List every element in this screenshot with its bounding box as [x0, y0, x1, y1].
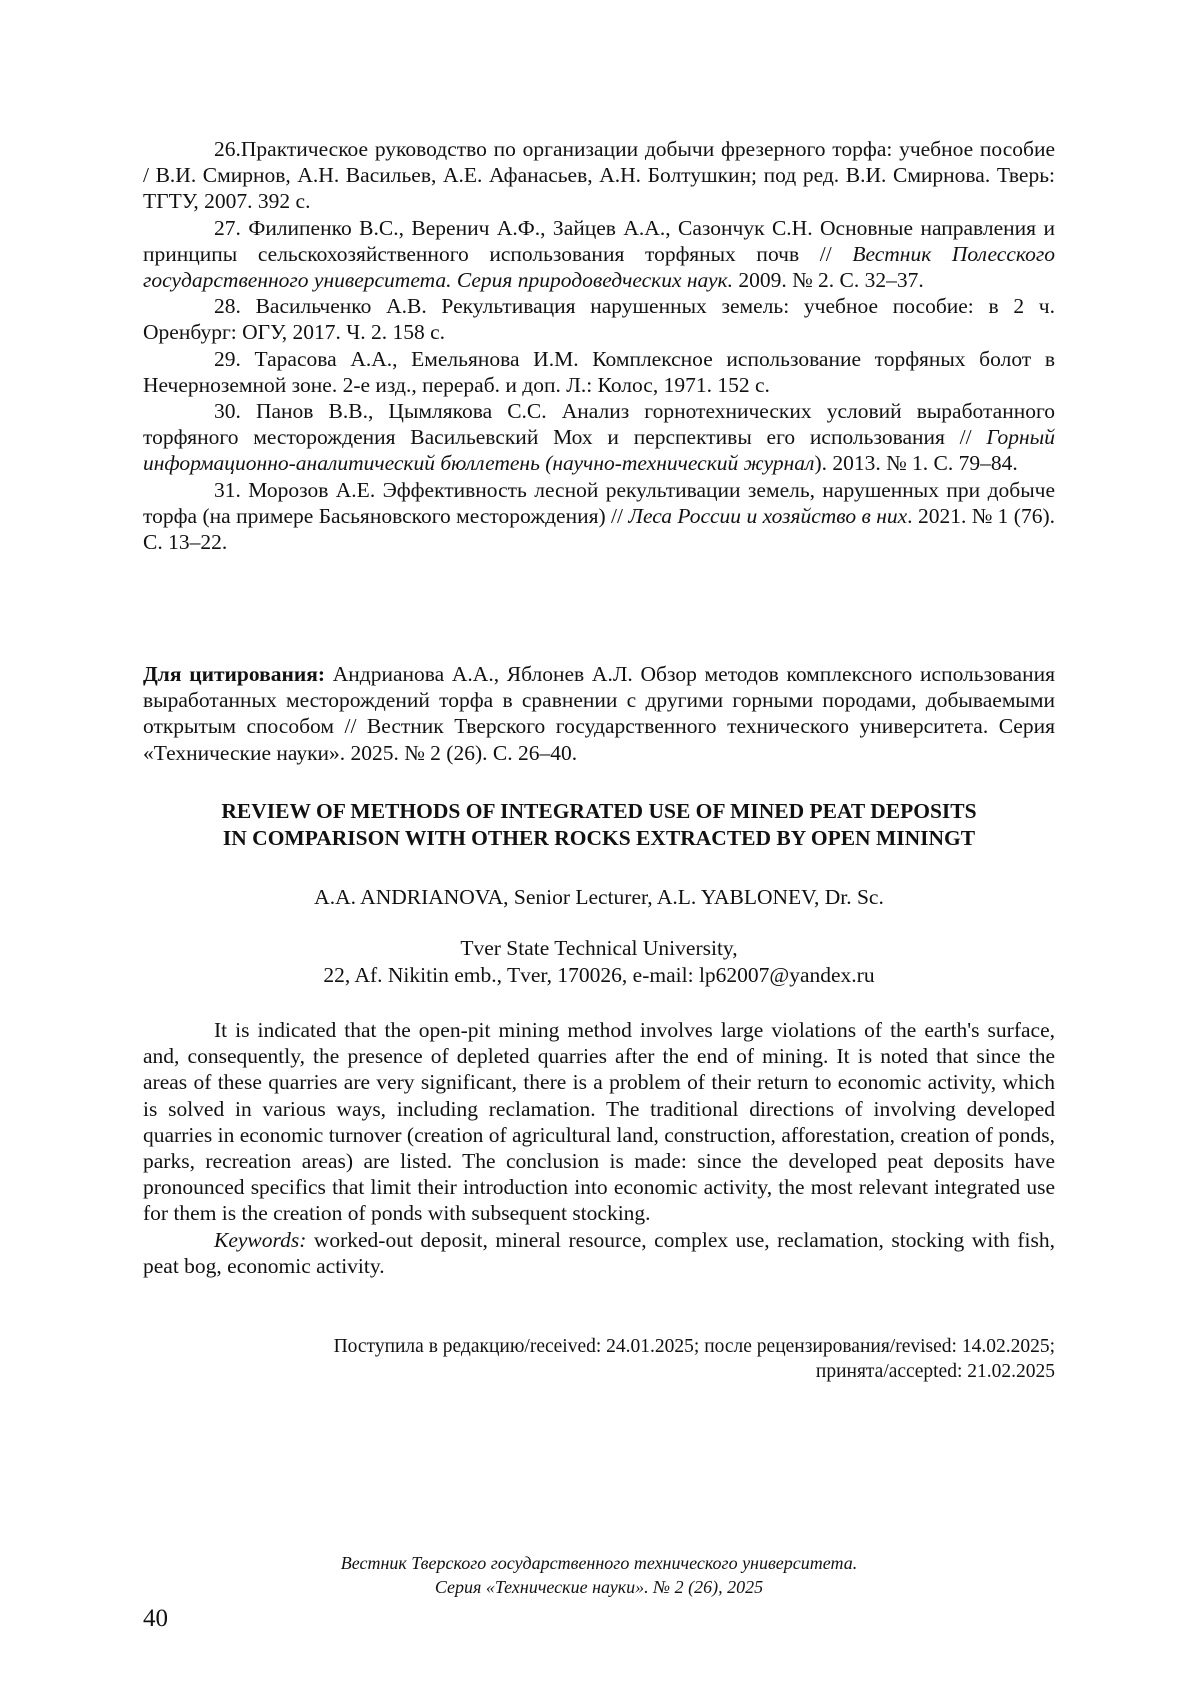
reference-number: 28.: [214, 294, 241, 318]
reference-text: Васильченко А.В. Рекультивация нарушенны…: [143, 294, 1055, 344]
reference-text: Практическое руководство по организации …: [143, 137, 1055, 213]
reference-text: Тарасова А.А., Емельянова И.М. Комплексн…: [143, 347, 1055, 397]
submission-dates: Поступила в редакцию/received: 24.01.202…: [143, 1334, 1055, 1384]
keywords-label: Keywords:: [214, 1228, 306, 1252]
keywords: Keywords: worked-out deposit, mineral re…: [143, 1227, 1055, 1279]
citation-block: Для цитирования: Андрианова А.А., Яблоне…: [143, 661, 1055, 766]
reference-journal: Леса России и хозяйство в них: [628, 504, 907, 528]
citation-label: Для цитирования:: [143, 662, 325, 686]
abstract-text: It is indicated that the open-pit mining…: [143, 1017, 1055, 1227]
journal-footer: Вестник Тверского государственного техни…: [143, 1551, 1055, 1599]
reference-item: 26.Практическое руководство по организац…: [143, 136, 1055, 215]
reference-item: 31. Морозов А.Е. Эффективность лесной ре…: [143, 477, 1055, 556]
english-title-line-1: REVIEW OF METHODS OF INTEGRATED USE OF M…: [143, 798, 1055, 825]
reference-number: 31.: [214, 478, 241, 502]
reference-item: 30. Панов В.В., Цымлякова С.С. Анализ го…: [143, 398, 1055, 477]
reference-item: 29. Тарасова А.А., Емельянова И.М. Компл…: [143, 346, 1055, 398]
footer-line-1: Вестник Тверского государственного техни…: [143, 1551, 1055, 1575]
english-title: REVIEW OF METHODS OF INTEGRATED USE OF M…: [143, 798, 1055, 852]
dates-line-2: принята/accepted: 21.02.2025: [143, 1359, 1055, 1384]
abstract: It is indicated that the open-pit mining…: [143, 1017, 1055, 1279]
english-title-line-2: IN COMPARISON WITH OTHER ROCKS EXTRACTED…: [143, 825, 1055, 852]
authors: A.A. ANDRIANOVA, Senior Lecturer, A.L. Y…: [143, 884, 1055, 910]
reference-text: Панов В.В., Цымлякова С.С. Анализ горнот…: [143, 399, 1055, 449]
affiliation-address: 22, Af. Nikitin emb., Tver, 170026, e-ma…: [143, 962, 1055, 989]
affiliation: Tver State Technical University, 22, Af.…: [143, 935, 1055, 988]
reference-number: 27.: [214, 216, 241, 240]
reference-details: ). 2013. № 1. С. 79–84.: [814, 451, 1017, 475]
footer-line-2: Серия «Технические науки». № 2 (26), 202…: [143, 1575, 1055, 1599]
affiliation-name: Tver State Technical University,: [143, 935, 1055, 962]
page-number: 40: [143, 1604, 168, 1634]
reference-details: 2009. № 2. С. 32–37.: [733, 268, 924, 292]
reference-number: 29.: [214, 347, 241, 371]
reference-item: 28. Васильченко А.В. Рекультивация наруш…: [143, 293, 1055, 345]
reference-list: 26.Практическое руководство по организац…: [143, 136, 1055, 555]
reference-number: 26.: [214, 137, 241, 161]
reference-number: 30.: [214, 399, 241, 423]
reference-item: 27. Филипенко В.С., Веренич А.Ф., Зайцев…: [143, 215, 1055, 294]
dates-line-1: Поступила в редакцию/received: 24.01.202…: [143, 1334, 1055, 1359]
